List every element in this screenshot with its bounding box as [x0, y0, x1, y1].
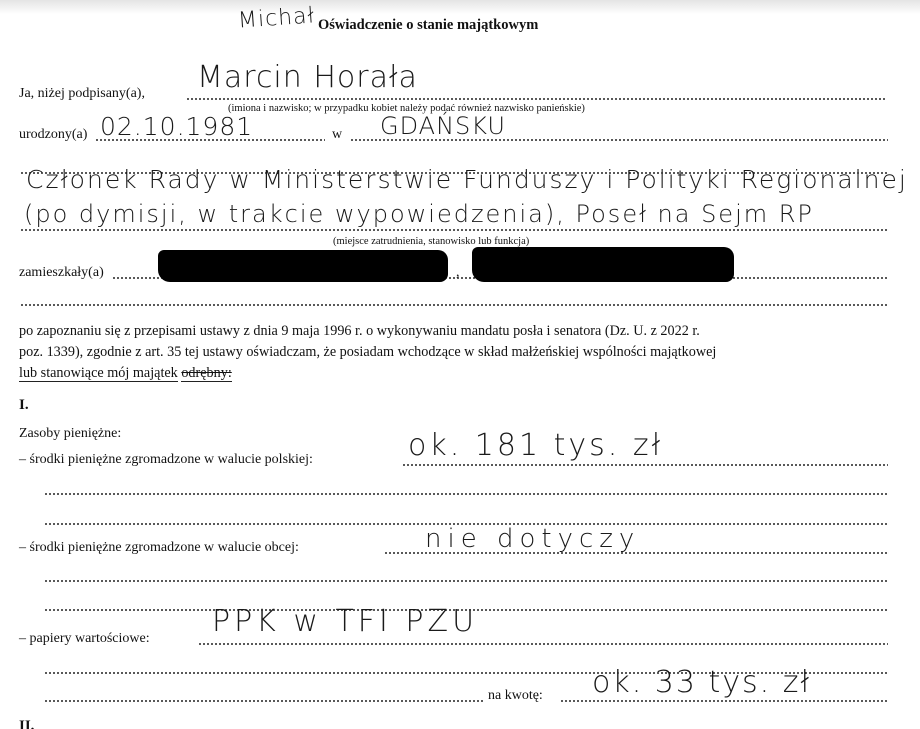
residence-dotted-line-2 [20, 304, 888, 306]
amount-dotted-line [560, 700, 888, 702]
handwritten-securities: PPK w TFI PZU [212, 604, 478, 639]
residence-separator: , [456, 265, 460, 281]
pln-funds-dotted-line-2 [44, 493, 888, 495]
handwritten-birth-place: GDAŃSKU [380, 112, 506, 140]
foreign-funds-dotted-line-2 [44, 580, 888, 582]
document-title: Oświadczenie o stanie majątkowym [318, 17, 538, 34]
pln-funds-label: – środki pieniężne zgromadzone w walucie… [19, 452, 313, 468]
redaction-block-address [158, 250, 448, 282]
residence-label: zamieszkały(a) [19, 265, 104, 281]
handwritten-birth-date: 02.10.1981 [100, 112, 253, 141]
struck-through-word: odrębny: [181, 365, 231, 382]
handwritten-amount: ok. 33 tys. zł [592, 665, 811, 700]
intro-paragraph-line-1: po zapoznaniu się z przepisami ustawy z … [19, 323, 899, 340]
declarant-label: Ja, niżej podpisany(a), [19, 86, 145, 102]
handwritten-foreign-funds: nie dotyczy [425, 524, 640, 554]
redaction-block-city [472, 247, 734, 282]
amount-label: na kwotę: [488, 688, 543, 704]
page-top-shadow [0, 0, 920, 14]
pln-funds-dotted-line [402, 464, 888, 466]
intro-paragraph-line-2: poz. 1339), zgodnie z art. 35 tej ustawy… [19, 344, 899, 361]
employment-hint: (miejsce zatrudnienia, stanowisko lub fu… [333, 236, 529, 247]
section-i-subheading: Zasoby pieniężne: [19, 426, 121, 442]
handwritten-employment-line-2: (po dymisji, w trakcie wypowiedzenia), P… [24, 200, 814, 228]
employment-dotted-line-2 [20, 229, 888, 231]
section-ii-heading: II. [19, 718, 34, 729]
foreign-funds-label: – środki pieniężne zgromadzone w walucie… [19, 540, 299, 556]
handwritten-first-name-correction: Michał [237, 3, 315, 33]
underlined-phrase: lub stanowiące mój majątek [19, 365, 178, 382]
birth-place-label: w [332, 127, 342, 143]
securities-label: – papiery wartościowe: [19, 631, 150, 647]
intro-paragraph-line-3: lub stanowiące mój majątek odrębny: [19, 365, 899, 382]
handwritten-declarant-name: Marcin Horała [197, 60, 418, 95]
declarant-dotted-line [186, 98, 886, 100]
birth-label: urodzony(a) [19, 127, 87, 143]
handwritten-employment-line-1: Członek Rady w Ministerstwie Funduszy i … [26, 165, 908, 194]
securities-dotted-line [198, 643, 888, 645]
section-i-heading: I. [19, 397, 29, 414]
amount-leading-dotted-line [44, 700, 484, 702]
handwritten-pln-funds: ok. 181 tys. zł [408, 428, 663, 463]
